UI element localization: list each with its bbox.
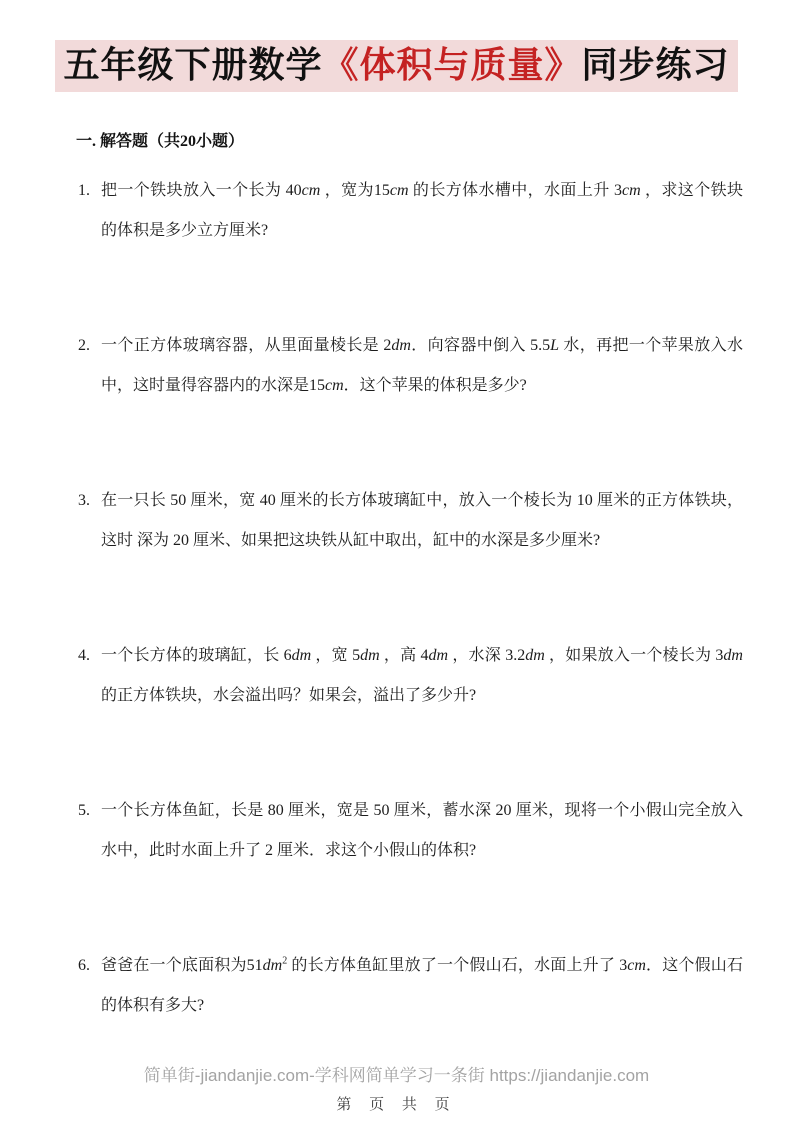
footer-site-line: 简单街-jiandanjie.com-学科网简单学习一条街 https://ji… [0,1061,793,1086]
math-unit: dm [263,957,283,974]
question-number: 4. [78,636,101,676]
question-number: 1. [78,171,101,211]
question-text-run: 一个正方体玻璃容器，从里面量棱长是 2 [101,337,391,354]
math-unit: dm [391,337,411,354]
question-item: 1.把一个铁块放入一个长为 40cm ，宽为15cm 的长方体水槽中，水面上升 … [78,171,743,251]
question-number: 6. [78,946,101,986]
question-text: 一个长方体的玻璃缸，长 6dm ，宽 5dm ，高 4dm ，水深 3.2dm … [101,636,743,716]
question-text-run: ，高 4 [380,647,429,664]
math-unit: dm [723,647,743,664]
question-text-run: 爸爸在一个底面积为51 [101,957,263,974]
question-number: 2. [78,326,101,366]
question-list: 1.把一个铁块放入一个长为 40cm ，宽为15cm 的长方体水槽中，水面上升 … [0,171,793,1026]
question-item: 2.一个正方体玻璃容器，从里面量棱长是 2dm．向容器中倒入 5.5L 水，再把… [78,326,743,406]
question-item: 4.一个长方体的玻璃缸，长 6dm ，宽 5dm ，高 4dm ，水深 3.2d… [78,636,743,716]
title-prefix: 五年级下册数学 [63,44,322,85]
question-text-run: 在一只长 50 厘米，宽 40 厘米的长方体玻璃缸中，放入一个棱长为 10 厘米… [101,492,743,549]
question-text-run: ．向容器中倒入 5.5 [411,337,550,354]
math-unit: L [550,337,559,354]
math-unit: dm [429,647,449,664]
math-unit: dm [360,647,380,664]
question-text-run: ．这个苹果的体积是多少? [344,377,527,394]
question-text-run: 的长方体水槽中，水面上升 3 [409,182,622,199]
page-title: 五年级下册数学《体积与质量》同步练习 [0,0,793,92]
math-unit: dm [292,647,312,664]
question-item: 5.一个长方体鱼缸，长是 80 厘米，宽是 50 厘米，蓄水深 20 厘米，现将… [78,791,743,871]
title-topic: 《体积与质量》 [322,44,581,85]
question-text: 爸爸在一个底面积为51dm2 的长方体鱼缸里放了一个假山石，水面上升了 3cm．… [101,946,743,1026]
question-item: 6.爸爸在一个底面积为51dm2 的长方体鱼缸里放了一个假山石，水面上升了 3c… [78,946,743,1026]
worksheet-page: 五年级下册数学《体积与质量》同步练习 一. 解答题（共20小题） 1.把一个铁块… [0,0,793,1122]
math-unit: cm [325,377,344,394]
question-text: 一个长方体鱼缸，长是 80 厘米，宽是 50 厘米，蓄水深 20 厘米，现将一个… [101,791,743,871]
question-text-run: 一个长方体鱼缸，长是 80 厘米，宽是 50 厘米，蓄水深 20 厘米，现将一个… [101,802,743,859]
question-number: 5. [78,791,101,831]
math-unit: cm [390,182,409,199]
footer-page-line: 第 页 共 页 [0,1093,793,1114]
question-text-run: ，宽为15 [320,182,390,199]
question-item: 3.在一只长 50 厘米，宽 40 厘米的长方体玻璃缸中，放入一个棱长为 10 … [78,481,743,561]
question-text-run: ，如果放入一个棱长为 3 [545,647,724,664]
question-text: 在一只长 50 厘米，宽 40 厘米的长方体玻璃缸中，放入一个棱长为 10 厘米… [101,481,743,561]
question-text-run: 的正方体铁块，水会溢出吗？如果会，溢出了多少升? [101,687,476,704]
math-unit: cm [627,957,646,974]
question-text: 一个正方体玻璃容器，从里面量棱长是 2dm．向容器中倒入 5.5L 水，再把一个… [101,326,743,406]
section-header: 一. 解答题（共20小题） [76,128,793,151]
question-text-run: 把一个铁块放入一个长为 40 [101,182,302,199]
question-text: 把一个铁块放入一个长为 40cm ，宽为15cm 的长方体水槽中，水面上升 3c… [101,171,743,251]
question-text-run: 的长方体鱼缸里放了一个假山石，水面上升了 3 [287,957,627,974]
question-text-run: ，水深 3.2 [448,647,525,664]
math-unit: cm [302,182,321,199]
title-highlight-band: 五年级下册数学《体积与质量》同步练习 [55,40,737,92]
math-unit: dm [525,647,545,664]
title-suffix: 同步练习 [582,44,730,85]
question-text-run: 一个长方体的玻璃缸，长 6 [101,647,292,664]
question-text-run: ，宽 5 [311,647,360,664]
question-number: 3. [78,481,101,521]
math-unit: cm [622,182,641,199]
